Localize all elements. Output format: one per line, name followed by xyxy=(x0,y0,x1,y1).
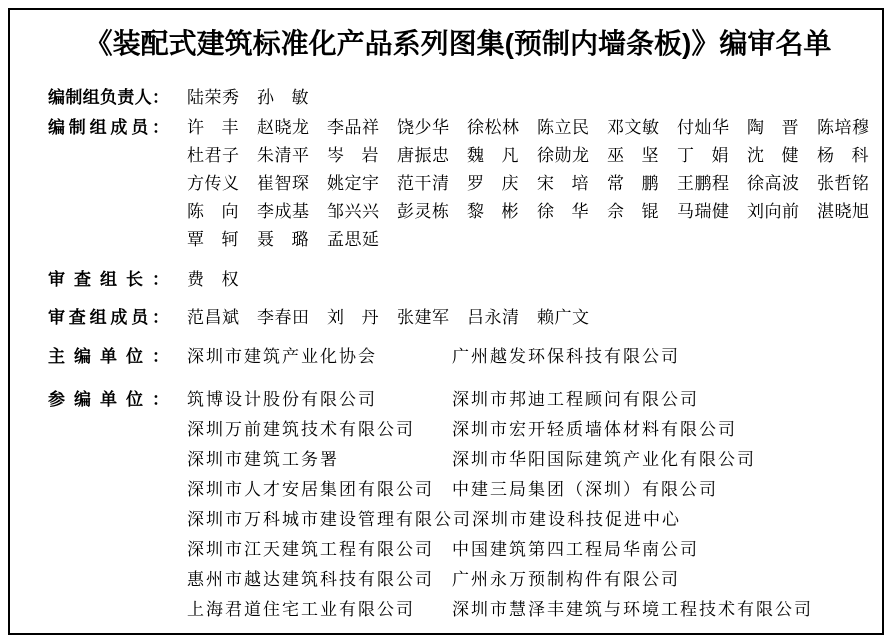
organization-name: 深圳市华阳国际建筑产业化有限公司 xyxy=(452,445,813,475)
person-name: 孟思延 xyxy=(327,226,379,254)
names-row: 费权 xyxy=(187,266,239,294)
units-row: 深圳万前建筑技术有限公司 深圳市宏开轻质墙体材料有限公司 xyxy=(187,415,813,445)
person-name: 佘锟 xyxy=(607,198,659,226)
person-name: 徐松林 xyxy=(467,114,519,142)
person-name: 饶少华 xyxy=(397,114,449,142)
organization-name: 中建三局集团（深圳）有限公司 xyxy=(452,475,813,505)
person-name: 覃轲 xyxy=(187,226,239,254)
organization-name: 中国建筑第四工程局华南公司 xyxy=(452,535,813,565)
review-lead-label: 审查组长： xyxy=(48,266,169,294)
compile-members-names: 许丰 赵晓龙 李品祥 饶少华 徐松林 陈立民 邓文敏 付灿华 陶晋 陈培穆 杜君… xyxy=(187,114,869,254)
organization-name: 深圳市宏开轻质墙体材料有限公司 xyxy=(452,415,813,445)
review-lead-section: 审查组长： 费权 xyxy=(48,266,868,294)
person-name: 彭灵栋 xyxy=(397,198,449,226)
person-name: 张建军 xyxy=(397,304,449,332)
names-row: 覃轲 聂璐 孟思延 xyxy=(187,226,869,254)
units-row: 筑博设计股份有限公司 深圳市邦迪工程顾问有限公司 xyxy=(187,385,813,415)
person-name: 朱清平 xyxy=(257,142,309,170)
names-row: 方传义 崔智琛 姚定宇 范干清 罗庆 宋培 常鹏 王鹏程 徐高波 张哲铭 xyxy=(187,170,869,198)
person-name: 徐高波 xyxy=(747,170,799,198)
person-name: 姚定宇 xyxy=(327,170,379,198)
chief-units: 深圳市建筑产业化协会 广州越发环保科技有限公司 xyxy=(187,342,680,372)
person-name: 邹兴兴 xyxy=(327,198,379,226)
person-name: 沈健 xyxy=(747,142,799,170)
person-name: 丁娟 xyxy=(677,142,729,170)
compile-lead-section: 编制组负责人： 陆荣秀 孙敏 xyxy=(48,84,868,112)
person-name: 徐勋龙 xyxy=(537,142,589,170)
units-row: 深圳市人才安居集团有限公司 中建三局集团（深圳）有限公司 xyxy=(187,475,813,505)
units-row: 深圳市江天建筑工程有限公司 中国建筑第四工程局华南公司 xyxy=(187,535,813,565)
organization-name: 深圳市建筑工务署 xyxy=(187,445,452,475)
person-name: 杨科 xyxy=(817,142,869,170)
person-name: 吕永清 xyxy=(467,304,519,332)
document-page-frame: 《装配式建筑标准化产品系列图集(预制内墙条板)》编审名单 编制组负责人： 陆荣秀… xyxy=(8,8,884,635)
person-name: 李成基 xyxy=(257,198,309,226)
organization-name: 广州永万预制构件有限公司 xyxy=(452,565,813,595)
person-name: 杜君子 xyxy=(187,142,239,170)
person-name: 范干清 xyxy=(397,170,449,198)
names-row: 杜君子 朱清平 岑岩 唐振忠 魏凡 徐勋龙 巫坚 丁娟 沈健 杨科 xyxy=(187,142,869,170)
names-row: 范昌斌 李春田 刘丹 张建军 吕永清 赖广文 xyxy=(187,304,589,332)
person-name: 罗庆 xyxy=(467,170,519,198)
person-name: 常鹏 xyxy=(607,170,659,198)
person-name: 刘向前 xyxy=(747,198,799,226)
organization-name: 筑博设计股份有限公司 xyxy=(187,385,452,415)
compile-lead-names: 陆荣秀 孙敏 xyxy=(187,84,309,112)
units-row: 深圳市建筑工务署 深圳市华阳国际建筑产业化有限公司 xyxy=(187,445,813,475)
review-members-label: 审查组成员： xyxy=(48,304,169,332)
participating-units: 筑博设计股份有限公司 深圳市邦迪工程顾问有限公司 深圳万前建筑技术有限公司 深圳… xyxy=(187,385,813,625)
person-name: 魏凡 xyxy=(467,142,519,170)
person-name: 湛晓旭 xyxy=(817,198,869,226)
person-name: 付灿华 xyxy=(677,114,729,142)
organization-name: 深圳市建筑产业化协会 xyxy=(187,342,452,372)
page-title: 《装配式建筑标准化产品系列图集(预制内墙条板)》编审名单 xyxy=(48,26,868,62)
units-row: 上海君道住宅工业有限公司 深圳市慧泽丰建筑与环境工程技术有限公司 xyxy=(187,595,813,625)
names-row: 陈向 李成基 邹兴兴 彭灵栋 黎彬 徐华 佘锟 马瑞健 刘向前 湛晓旭 xyxy=(187,198,869,226)
names-row: 陆荣秀 孙敏 xyxy=(187,84,309,112)
units-row: 深圳市建筑产业化协会 广州越发环保科技有限公司 xyxy=(187,342,680,372)
names-row: 许丰 赵晓龙 李品祥 饶少华 徐松林 陈立民 邓文敏 付灿华 陶晋 陈培穆 xyxy=(187,114,869,142)
person-name: 王鹏程 xyxy=(677,170,729,198)
person-name: 方传义 xyxy=(187,170,239,198)
person-name: 马瑞健 xyxy=(677,198,729,226)
person-name: 刘丹 xyxy=(327,304,379,332)
organization-name: 深圳市慧泽丰建筑与环境工程技术有限公司 xyxy=(452,595,813,625)
person-name: 赖广文 xyxy=(537,304,589,332)
person-name: 孙敏 xyxy=(257,84,309,112)
compile-members-label: 编制组成员： xyxy=(48,114,169,142)
organization-name: 深圳市万科城市建设管理有限公司 xyxy=(187,505,472,535)
chief-units-label: 主编单位： xyxy=(48,342,169,372)
person-name: 宋培 xyxy=(537,170,589,198)
organization-name: 上海君道住宅工业有限公司 xyxy=(187,595,452,625)
person-name: 徐华 xyxy=(537,198,589,226)
organization-name: 深圳市江天建筑工程有限公司 xyxy=(187,535,452,565)
person-name: 费权 xyxy=(187,266,239,294)
person-name: 陶晋 xyxy=(747,114,799,142)
person-name: 黎彬 xyxy=(467,198,519,226)
person-name: 岑岩 xyxy=(327,142,379,170)
organization-name: 深圳市邦迪工程顾问有限公司 xyxy=(452,385,813,415)
person-name: 聂璐 xyxy=(257,226,309,254)
person-name: 许丰 xyxy=(187,114,239,142)
person-name: 唐振忠 xyxy=(397,142,449,170)
review-members-section: 审查组成员： 范昌斌 李春田 刘丹 张建军 吕永清 赖广文 xyxy=(48,304,868,332)
organization-name: 深圳市人才安居集团有限公司 xyxy=(187,475,452,505)
person-name: 陈立民 xyxy=(537,114,589,142)
person-name: 陈向 xyxy=(187,198,239,226)
person-name: 范昌斌 xyxy=(187,304,239,332)
organization-name: 广州越发环保科技有限公司 xyxy=(452,342,680,372)
person-name: 巫坚 xyxy=(607,142,659,170)
person-name: 陈培穆 xyxy=(817,114,869,142)
person-name: 张哲铭 xyxy=(817,170,869,198)
person-name: 李品祥 xyxy=(327,114,379,142)
participating-units-label: 参编单位： xyxy=(48,385,169,415)
person-name: 李春田 xyxy=(257,304,309,332)
review-members-names: 范昌斌 李春田 刘丹 张建军 吕永清 赖广文 xyxy=(187,304,589,332)
person-name: 崔智琛 xyxy=(257,170,309,198)
person-name: 赵晓龙 xyxy=(257,114,309,142)
review-lead-names: 费权 xyxy=(187,266,239,294)
compile-lead-label: 编制组负责人： xyxy=(48,84,169,112)
organization-name: 惠州市越达建筑科技有限公司 xyxy=(187,565,452,595)
units-row: 惠州市越达建筑科技有限公司 广州永万预制构件有限公司 xyxy=(187,565,813,595)
participating-units-section: 参编单位： 筑博设计股份有限公司 深圳市邦迪工程顾问有限公司 深圳万前建筑技术有… xyxy=(48,385,868,625)
compile-members-section: 编制组成员： 许丰 赵晓龙 李品祥 饶少华 徐松林 陈立民 邓文敏 付灿华 陶晋… xyxy=(48,114,868,254)
person-name: 邓文敏 xyxy=(607,114,659,142)
person-name: 陆荣秀 xyxy=(187,84,239,112)
units-row: 深圳市万科城市建设管理有限公司 深圳市建设科技促进中心 xyxy=(187,505,813,535)
organization-name: 深圳市建设科技促进中心 xyxy=(472,505,813,535)
organization-name: 深圳万前建筑技术有限公司 xyxy=(187,415,452,445)
chief-units-section: 主编单位： 深圳市建筑产业化协会 广州越发环保科技有限公司 xyxy=(48,342,868,372)
